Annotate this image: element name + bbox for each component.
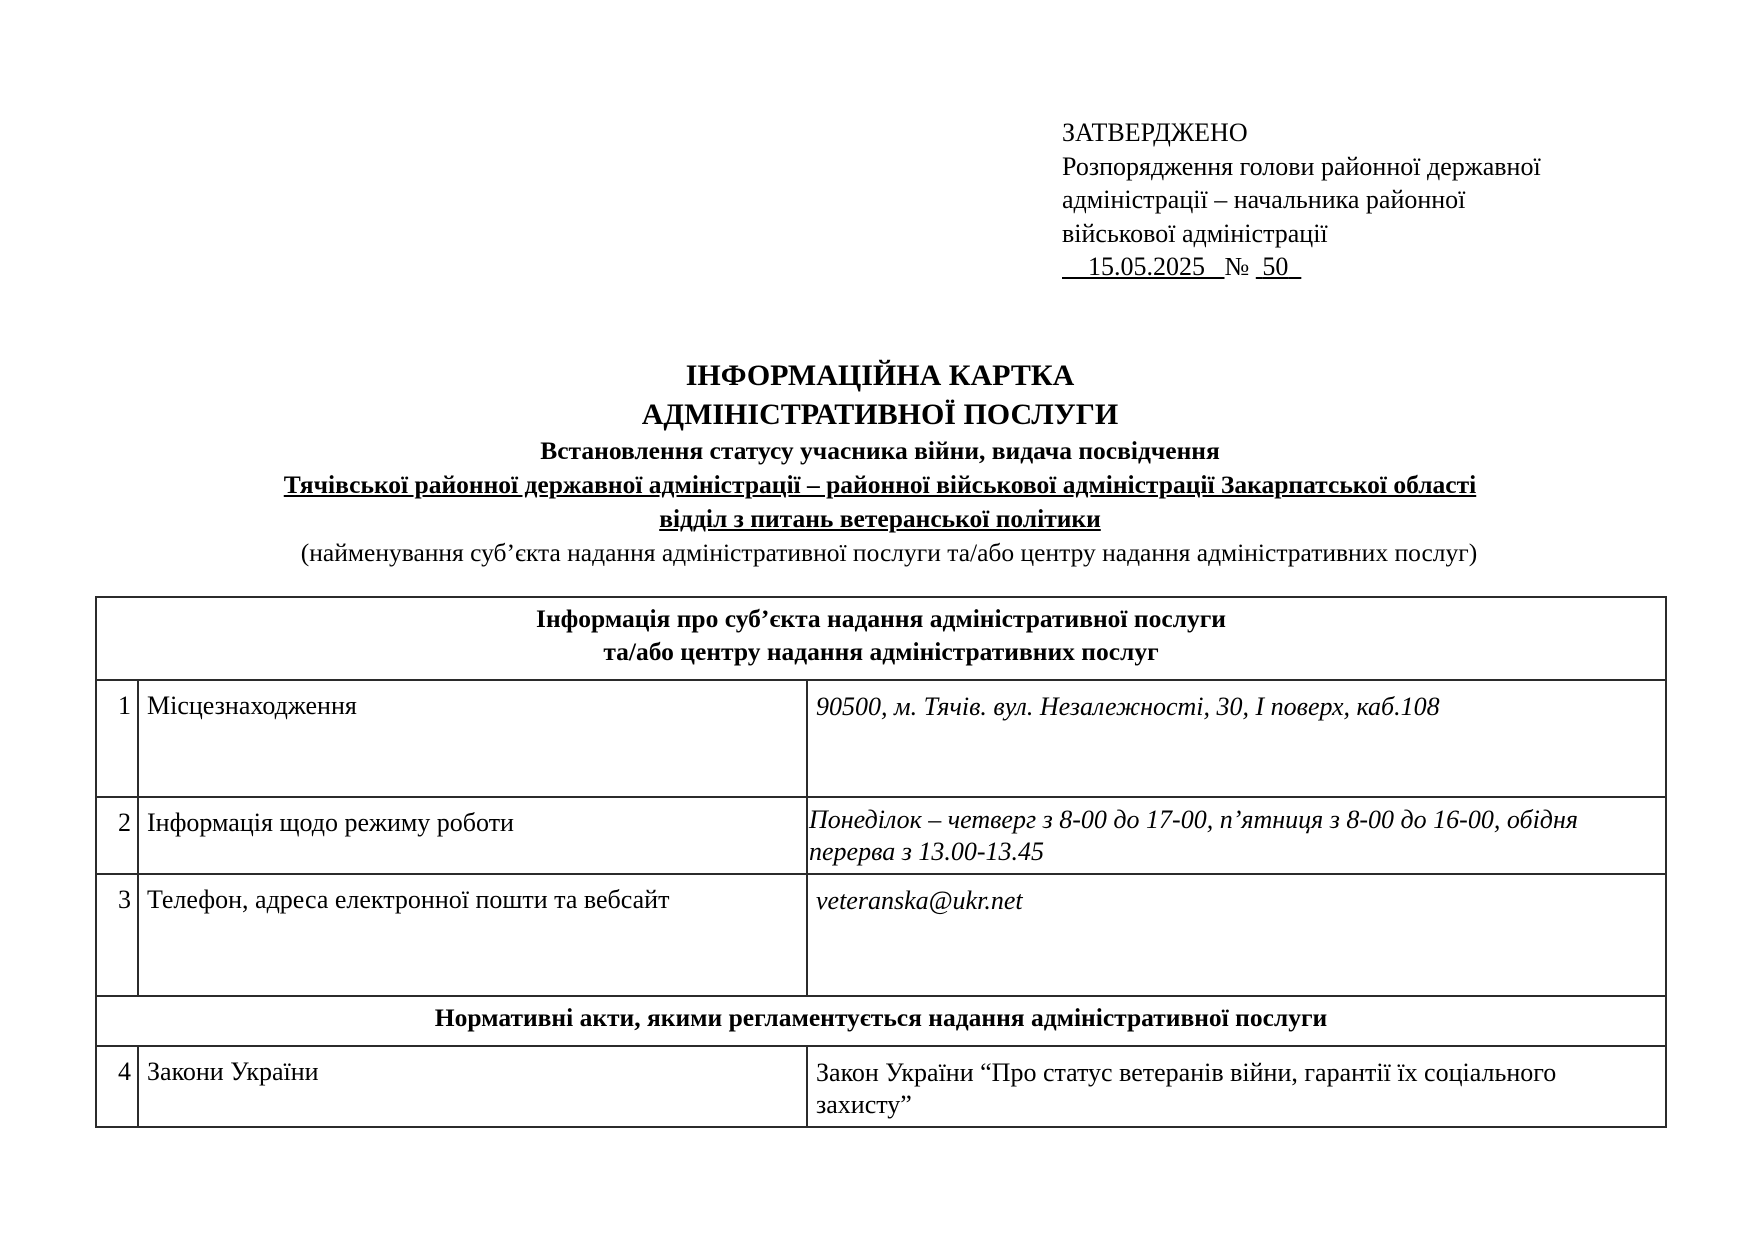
section-header-row: Інформація про суб’єкта надання адмініст…	[96, 597, 1666, 680]
service-name: Встановлення статусу учасника війни, вид…	[95, 434, 1665, 468]
provider-department: відділ з питань ветеранської політики	[95, 502, 1665, 536]
section-header: Інформація про суб’єкта надання адмініст…	[96, 597, 1666, 680]
approval-date-number: 15.05.2025 № 50	[1062, 250, 1541, 284]
provider-name: Тячівської районної державної адміністра…	[95, 468, 1665, 502]
document-title-block: ІНФОРМАЦІЙНА КАРТКА АДМІНІСТРАТИВНОЇ ПОС…	[95, 356, 1665, 570]
table-row: 1 Місцезнаходження 90500, м. Тячів. вул.…	[96, 680, 1666, 797]
approval-stamp: ЗАТВЕРДЖЕНО Розпорядження голови районно…	[1062, 116, 1541, 284]
row-label: Закони України	[138, 1046, 807, 1127]
approval-line: військової адміністрації	[1062, 217, 1541, 251]
section-header-row: Нормативні акти, якими регламентується н…	[96, 996, 1666, 1046]
approval-date: 15.05.2025	[1088, 252, 1205, 281]
row-label: Інформація щодо режиму роботи	[138, 797, 807, 874]
email-value: veteranska@ukr.net	[807, 874, 1666, 996]
provider-caption: (найменування суб’єкта надання адміністр…	[95, 536, 1665, 570]
row-number: 1	[96, 680, 138, 797]
table-row: 2 Інформація щодо режиму роботи Понеділо…	[96, 797, 1666, 874]
row-value: Закон України “Про статус ветеранів війн…	[807, 1046, 1666, 1127]
document-title: ІНФОРМАЦІЙНА КАРТКА	[95, 356, 1665, 395]
row-number: 2	[96, 797, 138, 874]
row-value: 90500, м. Тячів. вул. Незалежності, 30, …	[807, 680, 1666, 797]
row-label: Телефон, адреса електронної пошти та веб…	[138, 874, 807, 996]
row-value: Понеділок – четверг з 8-00 до 17-00, п’я…	[807, 797, 1666, 874]
document-title-line2: АДМІНІСТРАТИВНОЇ ПОСЛУГИ	[95, 395, 1665, 434]
table-row: 3 Телефон, адреса електронної пошти та в…	[96, 874, 1666, 996]
table-row: 4 Закони України Закон України “Про стат…	[96, 1046, 1666, 1127]
row-label: Місцезнаходження	[138, 680, 807, 797]
approval-number: 50	[1262, 252, 1288, 281]
section-header: Нормативні акти, якими регламентується н…	[96, 996, 1666, 1046]
approval-line: адміністрації – начальника районної	[1062, 183, 1541, 217]
approval-heading: ЗАТВЕРДЖЕНО	[1062, 116, 1541, 150]
number-sign: №	[1225, 252, 1250, 281]
info-card-table: Інформація про суб’єкта надання адмініст…	[95, 596, 1667, 1128]
row-number: 4	[96, 1046, 138, 1127]
approval-line: Розпорядження голови районної державної	[1062, 150, 1541, 184]
row-number: 3	[96, 874, 138, 996]
